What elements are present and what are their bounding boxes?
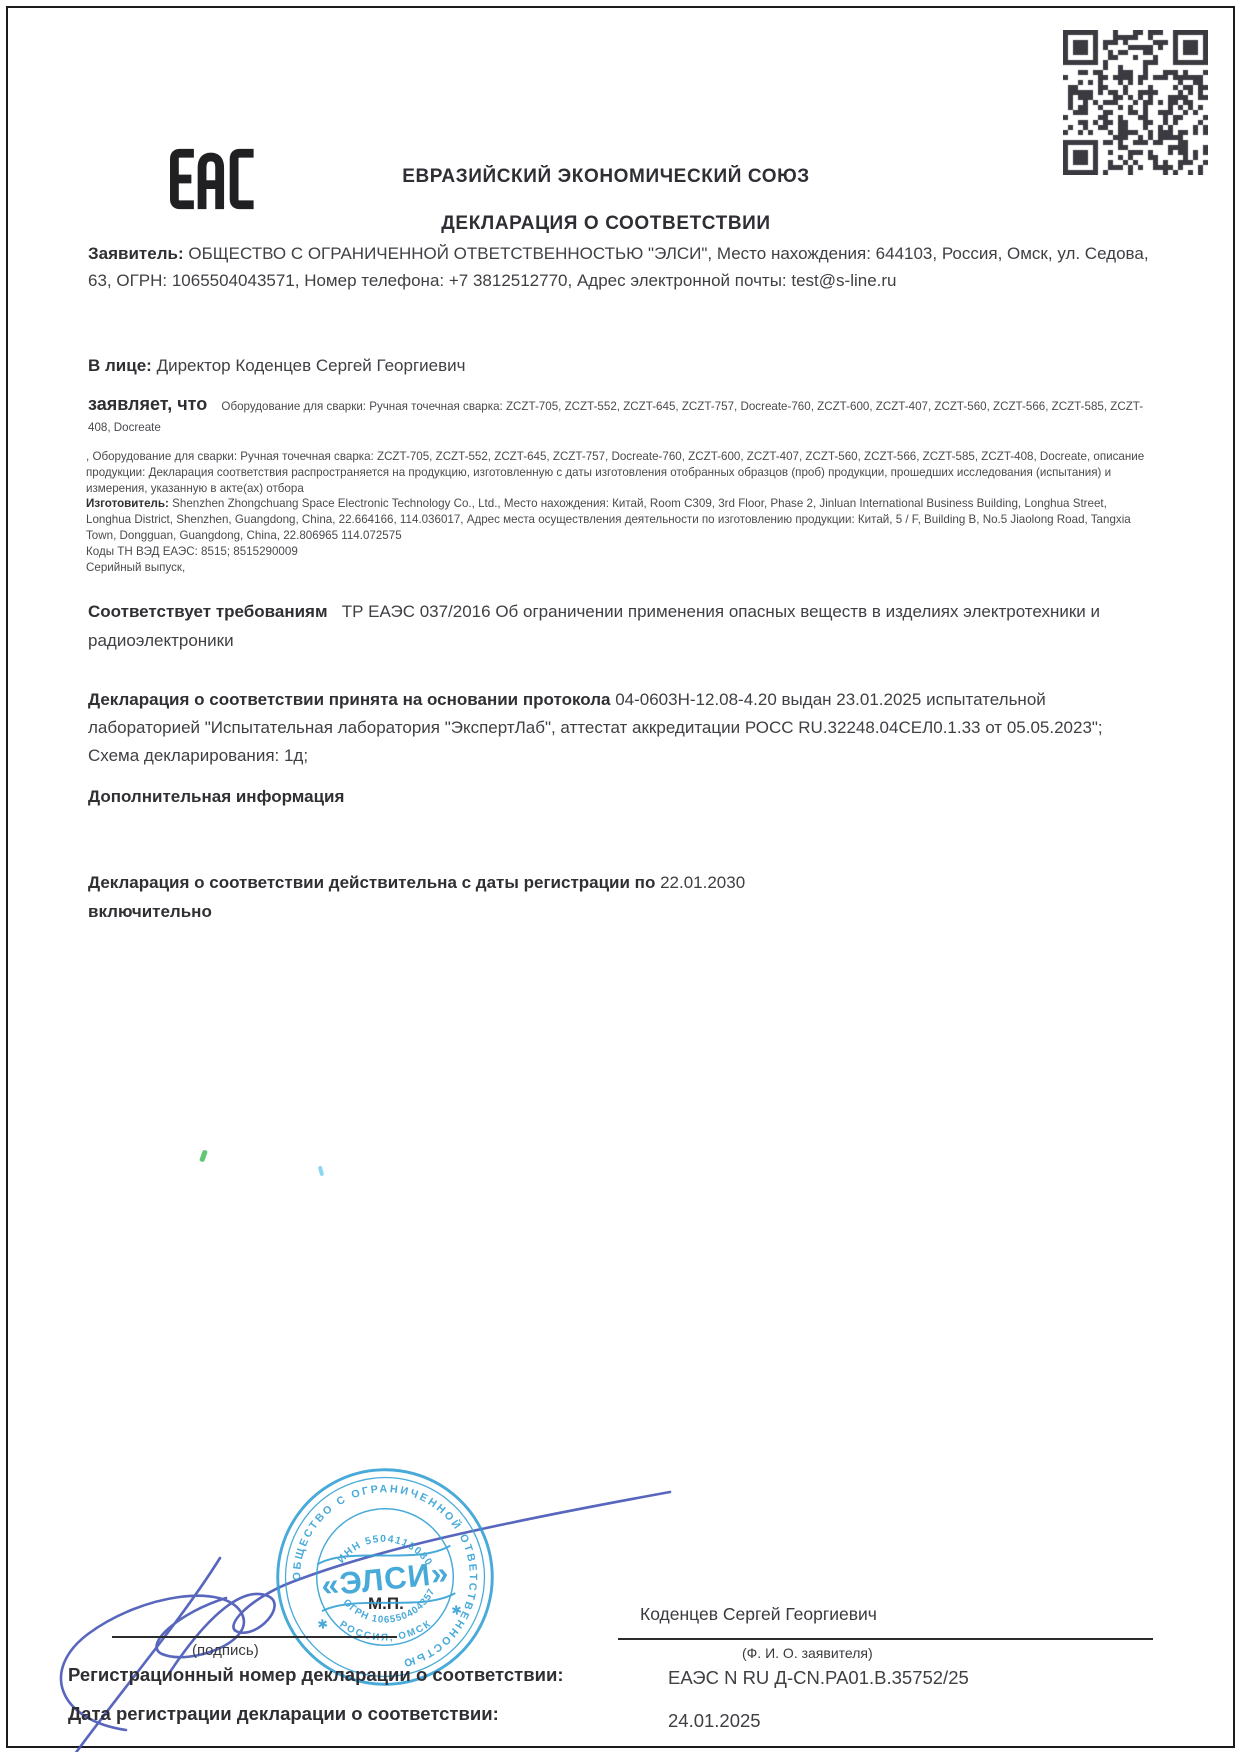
declaration-document: ЕВРАЗИЙСКИЙ ЭКОНОМИЧЕСКИЙ СОЮЗ ДЕКЛАРАЦИ… bbox=[0, 0, 1240, 1754]
fio-caption: (Ф. И. О. заявителя) bbox=[742, 1645, 873, 1661]
manufacturer-label: Изготовитель: bbox=[86, 497, 169, 510]
compliance-paragraph: Соответствует требованиям ТР ЕАЭС 037/20… bbox=[88, 597, 1154, 655]
serial-note: Серийный выпуск, bbox=[86, 561, 185, 574]
doc-title: ДЕКЛАРАЦИЯ О СООТВЕТСТВИИ bbox=[0, 213, 1226, 235]
registration-date-label: Дата регистрации декларации о соответств… bbox=[68, 1703, 499, 1725]
applicant-label: Заявитель: bbox=[88, 244, 184, 263]
basis-label: Декларация о соответствии принята на осн… bbox=[88, 690, 610, 709]
scan-artifact-blue bbox=[318, 1166, 324, 1177]
registration-number-label: Регистрационный номер декларации о соотв… bbox=[68, 1664, 564, 1686]
declares-paragraph: заявляет, что Оборудование для сварки: Р… bbox=[88, 394, 1154, 436]
validity-suffix: включительно bbox=[88, 902, 212, 921]
product-summary: Оборудование для сварки: Ручная точечная… bbox=[88, 400, 1143, 434]
compliance-label: Соответствует требованиям bbox=[88, 602, 328, 621]
validity-paragraph: Декларация о соответствии действительна … bbox=[88, 868, 1154, 926]
basis-paragraph: Декларация о соответствии принята на осн… bbox=[88, 686, 1154, 770]
applicant-paragraph: Заявитель: ОБЩЕСТВО С ОГРАНИЧЕННОЙ ОТВЕТ… bbox=[88, 240, 1154, 294]
representative-text: Директор Коденцев Сергей Георгиевич bbox=[157, 356, 466, 375]
union-title: ЕВРАЗИЙСКИЙ ЭКОНОМИЧЕСКИЙ СОЮЗ bbox=[0, 166, 1226, 188]
product-details: , Оборудование для сварки: Ручная точечн… bbox=[86, 450, 1144, 495]
declares-label: заявляет, что bbox=[88, 394, 207, 414]
representative-label: В лице: bbox=[88, 356, 152, 375]
qr-code bbox=[1063, 30, 1208, 175]
manufacturer-text: Shenzhen Zhongchuang Space Electronic Te… bbox=[86, 497, 1131, 542]
registration-date-value: 24.01.2025 bbox=[668, 1710, 761, 1732]
applicant-text: ОБЩЕСТВО С ОГРАНИЧЕННОЙ ОТВЕТСТВЕННОСТЬЮ… bbox=[88, 244, 1149, 290]
product-details-paragraph: , Оборудование для сварки: Ручная точечн… bbox=[86, 449, 1154, 575]
stamp-star-right: ✱ bbox=[451, 1603, 463, 1618]
representative-paragraph: В лице: Директор Коденцев Сергей Георгие… bbox=[88, 352, 1154, 379]
registration-number-value: ЕАЭС N RU Д-CN.РА01.В.35752/25 bbox=[668, 1667, 969, 1689]
applicant-fio: Коденцев Сергей Георгиевич bbox=[640, 1604, 877, 1625]
validity-date: 22.01.2030 bbox=[660, 873, 745, 892]
fio-line bbox=[618, 1638, 1153, 1640]
signature-line bbox=[112, 1636, 397, 1638]
stamp-star-left: ✱ bbox=[317, 1617, 329, 1632]
additional-info-label: Дополнительная информация bbox=[88, 783, 1154, 810]
tnved-codes: Коды ТН ВЭД ЕАЭС: 8515; 8515290009 bbox=[86, 545, 298, 558]
signature-caption: (подпись) bbox=[192, 1642, 259, 1659]
validity-label: Декларация о соответствии действительна … bbox=[88, 873, 655, 892]
scan-artifact-green bbox=[199, 1150, 208, 1163]
